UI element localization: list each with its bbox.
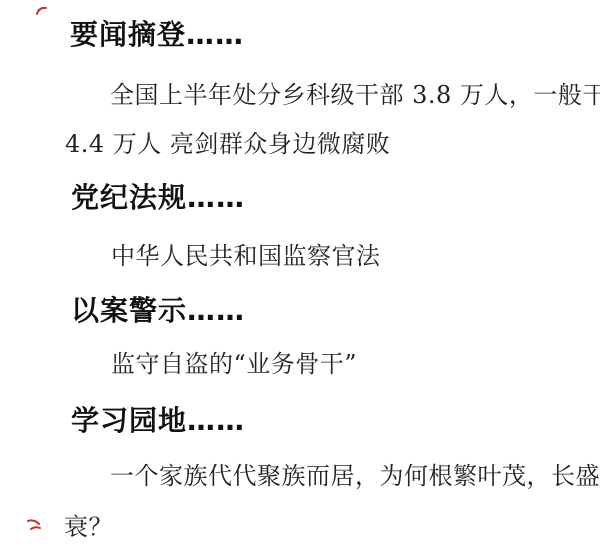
article-title-line: 一个家族代代聚族而居，为何根繁叶茂，长盛不 [110,463,600,491]
article-title-line: 衰？ [64,514,113,542]
red-artifact-bottom-icon [26,517,42,533]
article-title-line: 4.4 万人 亮剑群众身边微腐败 [65,131,390,159]
section-heading-dangji-fagui: 党纪法规…… [71,182,245,214]
red-artifact-top-icon [35,4,49,18]
section-heading-xuexi-yuandi: 学习园地…… [71,405,245,437]
article-title-line: 全国上半年处分乡科级干部 3.8 万人，一般干部 [110,82,600,110]
article-title-line: 监守自盗的“业务骨干” [111,351,357,379]
section-heading-yian-jingshi: 以案警示…… [71,295,245,327]
toc-page: 要闻摘登…… 全国上半年处分乡科级干部 3.8 万人，一般干部 4.4 万人 亮… [0,0,600,550]
article-title-line: 中华人民共和国监察官法 [111,243,381,271]
section-heading-yaowen-zhaideng: 要闻摘登…… [70,19,244,51]
